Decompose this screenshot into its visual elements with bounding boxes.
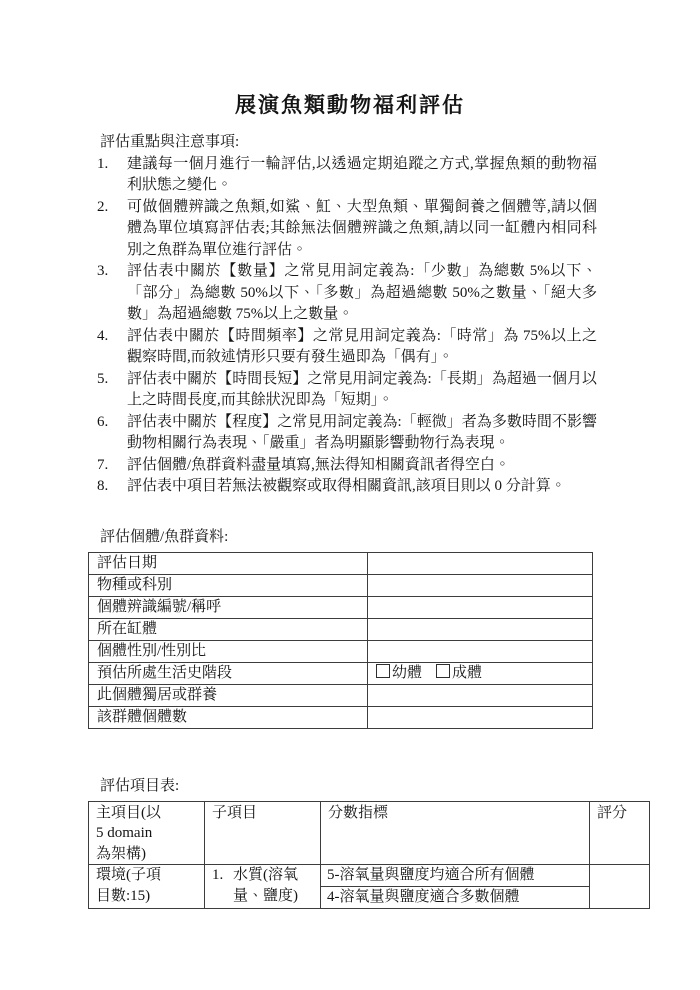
info-label: 該群體個體數 [89, 706, 368, 728]
note-number: 8. [97, 476, 127, 498]
info-table-caption: 評估個體/魚群資料: [100, 527, 700, 548]
table-row: 預估所處生活史階段 幼體成體 [89, 662, 593, 684]
assessment-table-caption: 評估項目表: [100, 776, 700, 797]
checkbox-label: 幼體 [392, 665, 422, 681]
checkbox-label: 成體 [452, 665, 482, 681]
note-text: 評估表中關於【時間頻率】之常見用詞定義為:「時常」為 75%以上之觀察時間,而敘… [127, 326, 597, 369]
info-value-cell[interactable] [368, 574, 593, 596]
note-text: 評估表中關於【程度】之常見用詞定義為:「輕微」者為多數時間不影響動物相關行為表現… [127, 412, 597, 455]
table-header-row: 主項目(以 5 domain 為架構) 子項目 分數指標 評分 [89, 801, 650, 865]
score-cell[interactable] [590, 865, 650, 909]
table-row: 評估日期 [89, 552, 593, 574]
info-value-cell[interactable] [368, 618, 593, 640]
page-title: 展演魚類動物福利評估 [0, 0, 700, 120]
info-label: 物種或科別 [89, 574, 368, 596]
info-value-cell[interactable] [368, 552, 593, 574]
note-text: 建議每一個月進行一輪評估,以透過定期追蹤之方式,掌握魚類的動物福利狀態之變化。 [127, 154, 597, 197]
document-page: 展演魚類動物福利評估 評估重點與注意事項: 1. 建議每一個月進行一輪評估,以透… [0, 0, 700, 990]
note-text: 可做個體辨識之魚類,如鯊、魟、大型魚類、單獨飼養之個體等,請以個體為單位填寫評估… [127, 197, 597, 262]
note-number: 1. [97, 154, 127, 197]
table-row: 個體性別/性別比 [89, 640, 593, 662]
header-sub-item: 子項目 [205, 801, 321, 865]
info-label: 所在缸體 [89, 618, 368, 640]
table-row: 所在缸體 [89, 618, 593, 640]
assessment-table: 主項目(以 5 domain 為架構) 子項目 分數指標 評分 環境(子項 目數… [88, 801, 650, 910]
note-item: 2. 可做個體辨識之魚類,如鯊、魟、大型魚類、單獨飼養之個體等,請以個體為單位填… [97, 197, 597, 262]
info-value-cell[interactable] [368, 684, 593, 706]
notes-list: 1. 建議每一個月進行一輪評估,以透過定期追蹤之方式,掌握魚類的動物福利狀態之變… [97, 154, 597, 498]
info-value-cell[interactable] [368, 596, 593, 618]
note-text: 評估表中關於【時間長短】之常見用詞定義為:「長期」為超過一個月以上之時間長度,而… [127, 369, 597, 412]
info-label: 個體性別/性別比 [89, 640, 368, 662]
note-item: 4. 評估表中關於【時間頻率】之常見用詞定義為:「時常」為 75%以上之觀察時間… [97, 326, 597, 369]
info-value-cell[interactable] [368, 640, 593, 662]
note-item: 5. 評估表中關於【時間長短】之常見用詞定義為:「長期」為超過一個月以上之時間長… [97, 369, 597, 412]
table-row: 物種或科別 [89, 574, 593, 596]
note-item: 1. 建議每一個月進行一輪評估,以透過定期追蹤之方式,掌握魚類的動物福利狀態之變… [97, 154, 597, 197]
info-table: 評估日期 物種或科別 個體辨識編號/稱呼 所在缸體 個體性別/性別比 預估所處生… [88, 552, 593, 729]
sub-item-text: 水質(溶氧 量、鹽度) [233, 865, 298, 907]
table-row: 個體辨識編號/稱呼 [89, 596, 593, 618]
note-item: 8. 評估表中項目若無法被觀察或取得相關資訊,該項目則以 0 分計算。 [97, 476, 597, 498]
sub-item-number: 1. [212, 865, 233, 907]
table-row: 此個體獨居或群養 [89, 684, 593, 706]
note-item: 7. 評估個體/魚群資料盡量填寫,無法得知相關資訊者得空白。 [97, 455, 597, 477]
checkbox-square-icon [376, 664, 390, 678]
table-row: 該群體個體數 [89, 706, 593, 728]
info-label: 評估日期 [89, 552, 368, 574]
checkbox-juvenile[interactable]: 幼體 [376, 663, 422, 684]
note-number: 6. [97, 412, 127, 455]
checkbox-square-icon [436, 664, 450, 678]
indicator-cell: 5-溶氧量與鹽度均適合所有個體 [321, 865, 590, 887]
header-main-item: 主項目(以 5 domain 為架構) [89, 801, 205, 865]
table-row: 環境(子項 目數:15) 1. 水質(溶氧 量、鹽度) 5-溶氧量與鹽度均適合所… [89, 865, 650, 887]
note-text: 評估表中關於【數量】之常見用詞定義為:「少數」為總數 5%以下、「部分」為總數 … [127, 261, 597, 326]
header-score: 評分 [590, 801, 650, 865]
checkbox-adult[interactable]: 成體 [436, 663, 482, 684]
main-item-cell: 環境(子項 目數:15) [89, 865, 205, 909]
indicator-cell: 4-溶氧量與鹽度適合多數個體 [321, 887, 590, 909]
note-text: 評估個體/魚群資料盡量填寫,無法得知相關資訊者得空白。 [127, 455, 597, 477]
note-text: 評估表中項目若無法被觀察或取得相關資訊,該項目則以 0 分計算。 [127, 476, 597, 498]
note-item: 3. 評估表中關於【數量】之常見用詞定義為:「少數」為總數 5%以下、「部分」為… [97, 261, 597, 326]
note-item: 6. 評估表中關於【程度】之常見用詞定義為:「輕微」者為多數時間不影響動物相關行… [97, 412, 597, 455]
info-value-cell[interactable] [368, 706, 593, 728]
note-number: 4. [97, 326, 127, 369]
notes-heading: 評估重點與注意事項: [100, 132, 600, 154]
note-number: 7. [97, 455, 127, 477]
info-label: 個體辨識編號/稱呼 [89, 596, 368, 618]
note-number: 2. [97, 197, 127, 262]
sub-item-cell: 1. 水質(溶氧 量、鹽度) [205, 865, 321, 909]
info-value-cell[interactable]: 幼體成體 [368, 662, 593, 684]
note-number: 3. [97, 261, 127, 326]
header-score-indicator: 分數指標 [321, 801, 590, 865]
note-number: 5. [97, 369, 127, 412]
info-label: 預估所處生活史階段 [89, 662, 368, 684]
info-label: 此個體獨居或群養 [89, 684, 368, 706]
